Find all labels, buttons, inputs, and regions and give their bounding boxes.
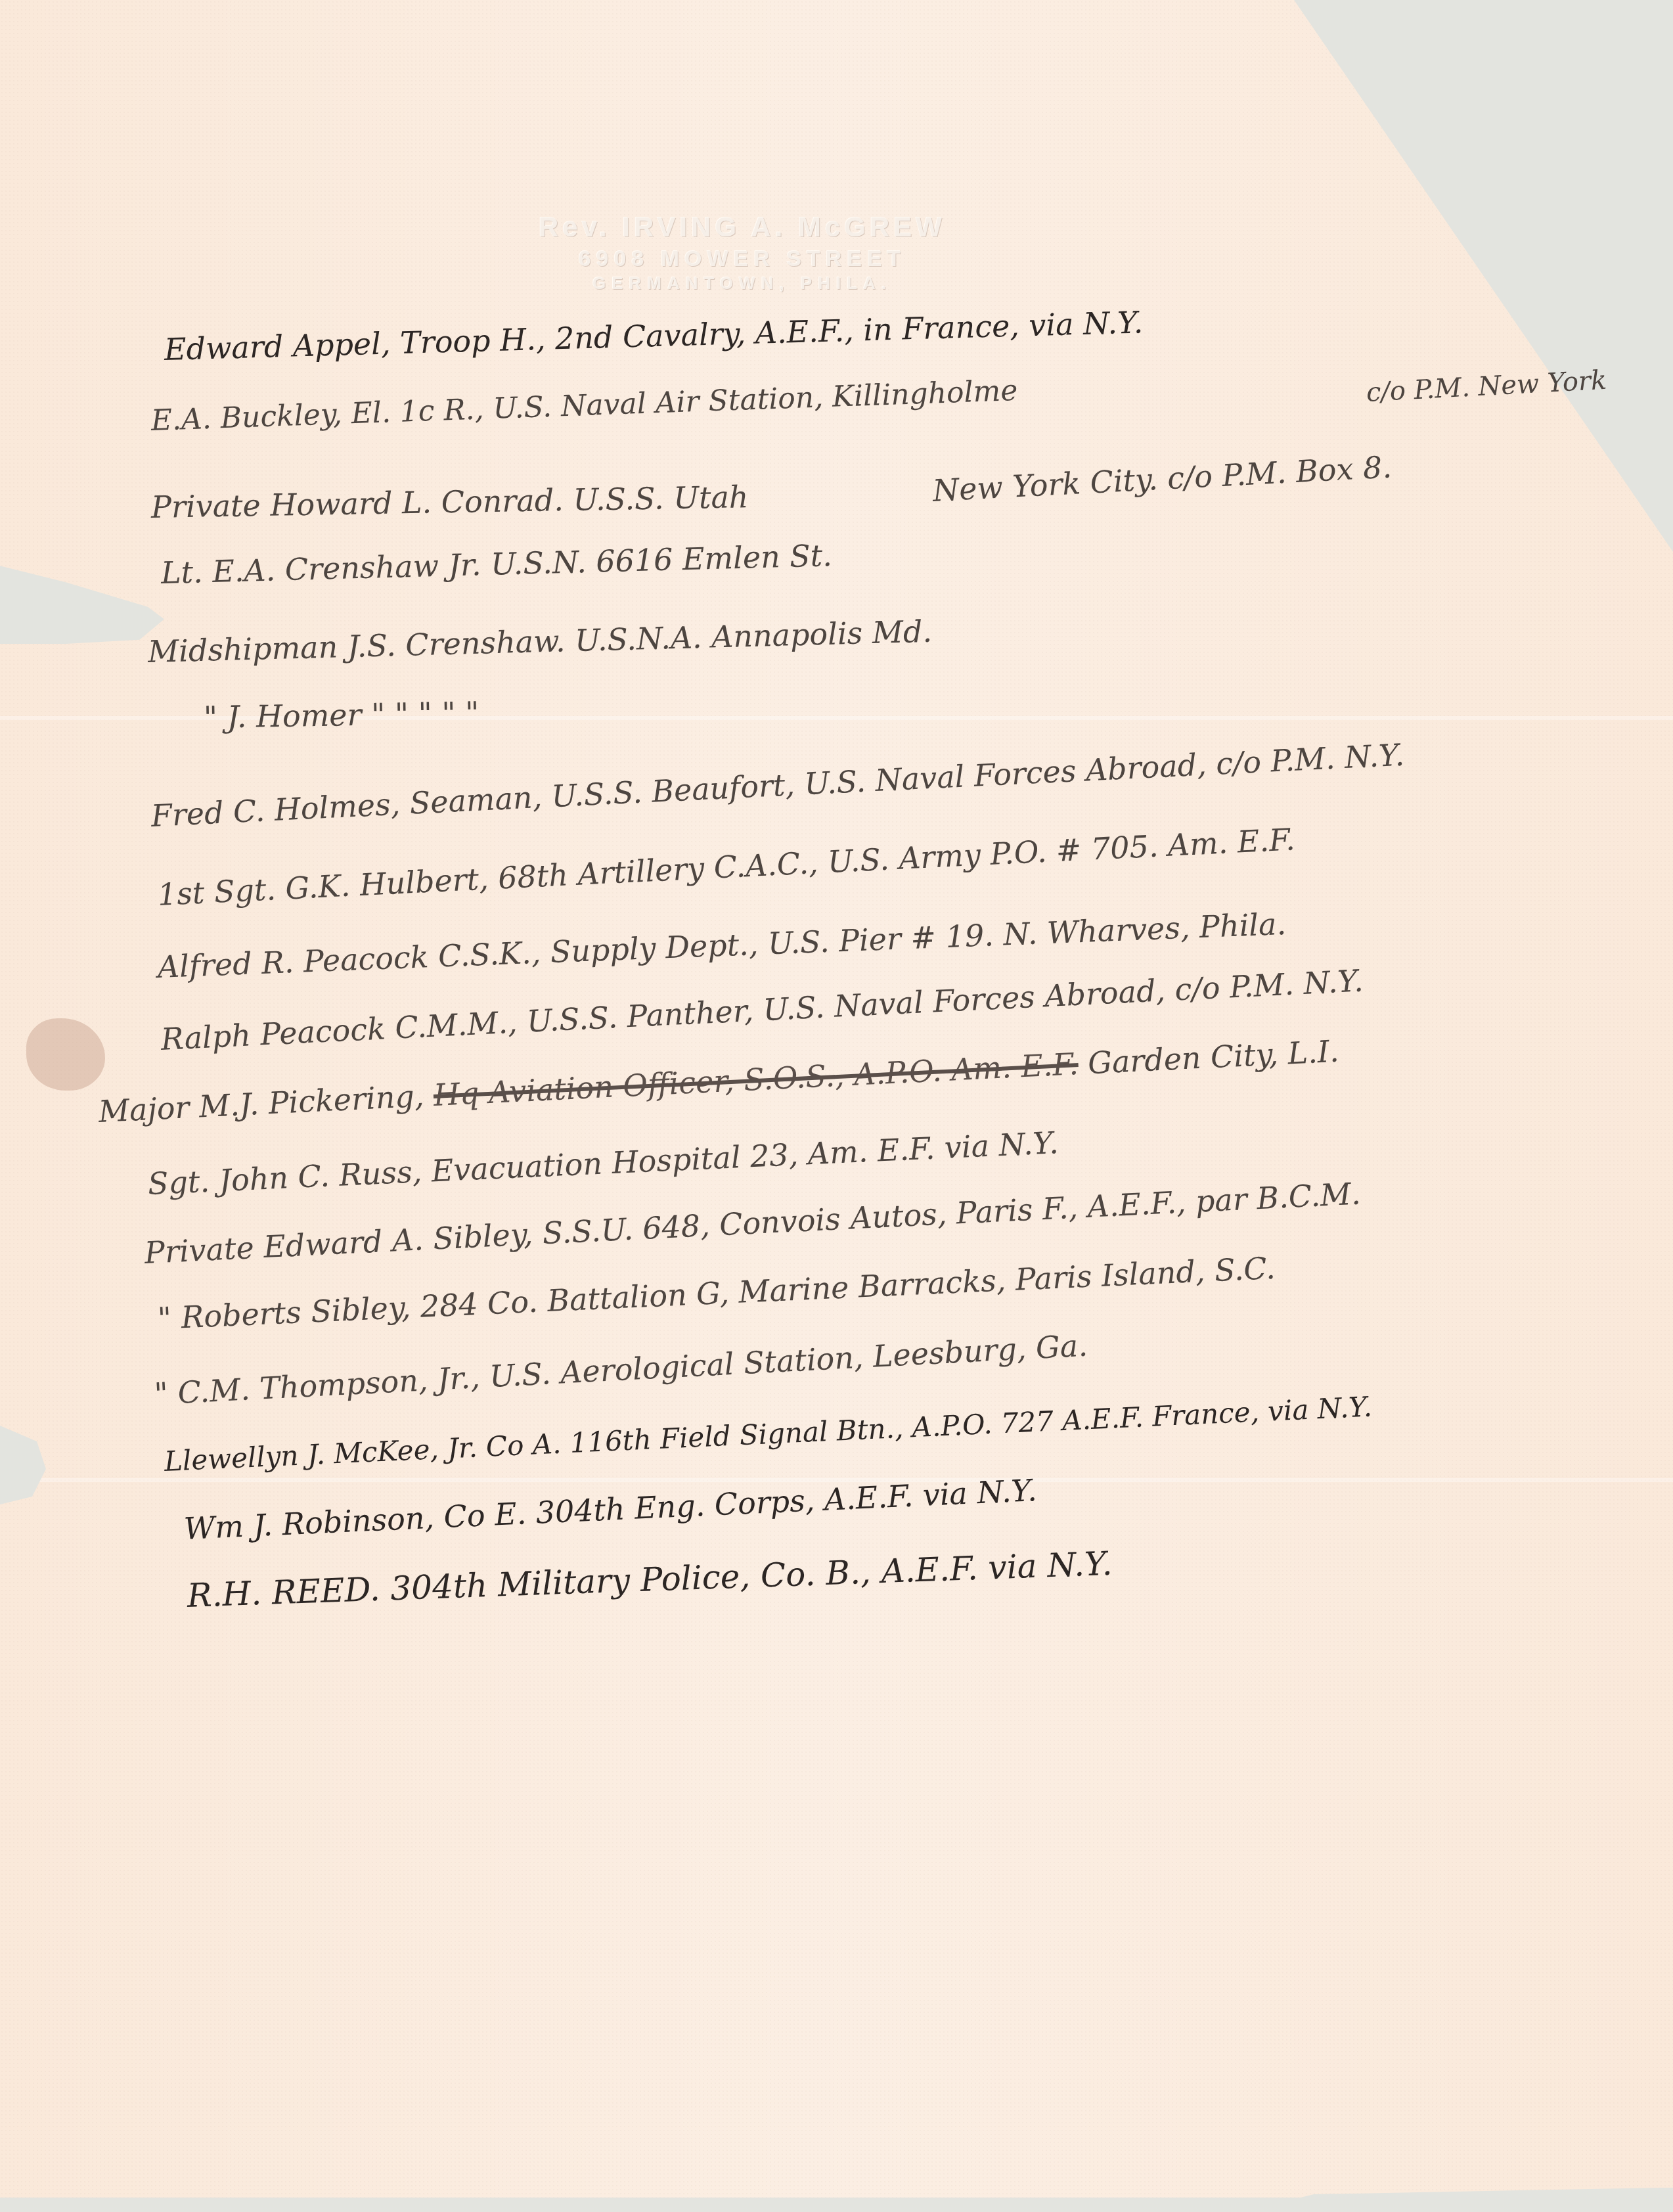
address-entry: Alfred R. Peacock C.S.K., Supply Dept., … [157,906,1287,985]
address-entry: Lt. E.A. Crenshaw Jr. U.S.N. 6616 Emlen … [160,537,832,591]
address-entry-ditto: " J. Homer " " " " " [204,695,480,735]
address-aside: c/o P.M. New York [1366,365,1607,408]
address-entry: Wm J. Robinson, Co E. 304th Eng. Corps, … [183,1472,1038,1546]
address-entry: Midshipman J.S. Crenshaw. U.S.N.A. Annap… [147,614,932,669]
address-list: Edward Appel, Troop H., 2nd Cavalry, A.E… [0,0,1673,2212]
address-entry: 1st Sgt. G.K. Hulbert, 68th Artillery C.… [157,821,1296,913]
address-entry: R.H. REED. 304th Military Police, Co. B.… [187,1545,1113,1615]
address-entry: Private Howard L. Conrad. U.S.S. Utah [151,479,749,525]
struck-through-text: Hq Aviation Officer, S.O.S., A.P.O. Am. … [433,1046,1079,1113]
address-aside: New York City. c/o P.M. Box 8. [932,449,1393,508]
address-entry: Fred C. Holmes, Seaman, U.S.S. Beaufort,… [150,737,1406,834]
address-entry: " C.M. Thompson, Jr., U.S. Aerological S… [154,1328,1088,1412]
address-entry: Sgt. John C. Russ, Evacuation Hospital 2… [147,1125,1060,1202]
address-entry: E.A. Buckley, El. 1c R., U.S. Naval Air … [150,374,1018,438]
entry-text: Major M.J. Pickering, [98,1078,425,1129]
address-entry: Llewellyn J. McKee, Jr. Co A. 116th Fiel… [164,1391,1373,1478]
address-entry: " Roberts Sibley, 284 Co. Battalion G, M… [157,1250,1276,1336]
address-entry: Edward Appel, Troop H., 2nd Cavalry, A.E… [164,304,1144,367]
entry-text: Garden City, L.I. [1087,1033,1340,1081]
